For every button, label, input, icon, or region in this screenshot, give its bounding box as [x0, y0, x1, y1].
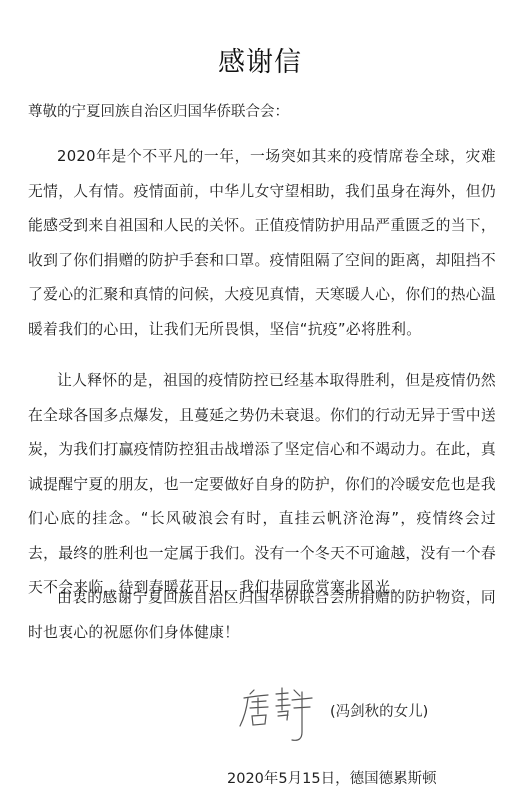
signature-icon [236, 680, 326, 750]
salutation: 尊敬的宁夏回族自治区归国华侨联合会： [28, 100, 289, 121]
paragraph-2: 让人释怀的是，祖国的疫情防控已经基本取得胜利，但是疫情仍然在全球各国多点爆发，且… [28, 364, 496, 606]
paragraph-1: 2020年是个不平凡的一年，一场突如其来的疫情席卷全球，灾难无情，人有情。疫情面… [28, 140, 496, 347]
paragraph-3: 由衷的感谢宁夏回族自治区归国华侨联合会所捐赠的防护物资，同时也衷心的祝愿你们身体… [28, 581, 496, 650]
signer-relationship-note: (冯剑秋的女儿) [330, 700, 428, 721]
letter-title: 感谢信 [0, 40, 520, 79]
handwritten-signature [236, 680, 326, 750]
date-and-place: 2020年5月15日，德国德累斯顿 [227, 767, 437, 788]
